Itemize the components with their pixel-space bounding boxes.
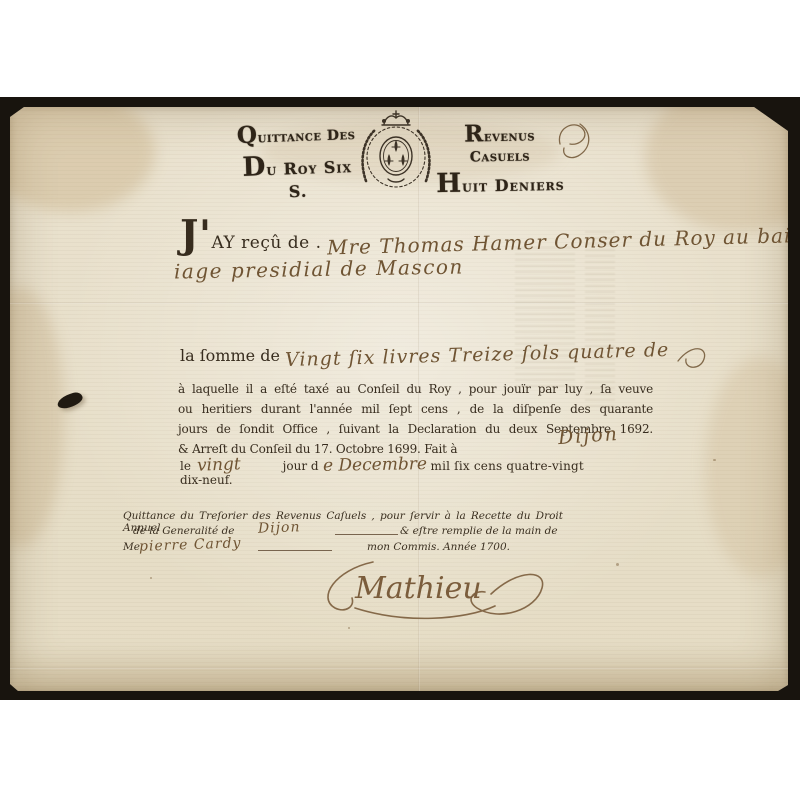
paper-speck (713, 459, 716, 461)
stamp-left-line1: Quittance Des (235, 118, 358, 151)
footer-line3-handwritten: pierre Cardy (139, 535, 242, 555)
stamp-left-text: Quittance Des Du Roy Six S. (235, 118, 360, 204)
year-printed-text-2: dix-neuf. (180, 473, 233, 487)
place-handwritten-text: Dijon (557, 423, 619, 449)
paper-stain (0, 287, 65, 547)
scanned-receipt-image: Quittance Des Du Roy Six S. (0, 0, 800, 800)
sum-line: la ſomme de Vingt ſix livres Treize ſols… (180, 339, 714, 369)
aged-paper-document: Quittance Des Du Roy Six S. (10, 107, 788, 691)
footer-block: Quittance du Treſorier des Revenus Caſue… (123, 510, 575, 534)
opening-handwritten-text: Mre Thomas Hamer Conser du Roy au baille (326, 223, 800, 260)
month-handwritten-text: e Decembre (322, 454, 426, 476)
footer-dash-stroke (335, 534, 398, 535)
date-line: levingtjour de Decembremil ſix cens quat… (180, 455, 650, 475)
handwriting-swash-icon (674, 339, 714, 369)
stamp-right-line1: Revenus Casuels (433, 119, 566, 168)
opening-handwritten-line2: iage presidial de Mascon (174, 254, 464, 283)
stamp-right-line2: Huit Deniers (434, 165, 567, 200)
footer-line2-handwritten: Dijon (258, 519, 301, 536)
paper-stain (10, 647, 788, 697)
signature: Mathieu (295, 550, 575, 630)
paper-speck (150, 577, 152, 579)
paper-stain (705, 357, 800, 577)
paraph-flourish-icon (552, 116, 598, 160)
footer-line2-right: & eſtre remplie de la main de (400, 525, 558, 537)
sum-handwritten-text: Vingt ſix livres Treize ſols quatre de (285, 339, 670, 371)
paper-stain (0, 92, 155, 212)
paragraph-line: ou heritiers durant l'année mil ſept cen… (178, 399, 653, 419)
month-label: jour d (283, 459, 319, 473)
horizontal-fold-crease (10, 302, 788, 304)
signature-name: Mathieu (354, 571, 482, 606)
horizontal-fold-crease (10, 667, 788, 669)
day-label: le (180, 459, 191, 473)
engraved-header-stamp: Quittance Des Du Roy Six S. (230, 112, 600, 192)
opening-printed-text: J'AY reçû de . (180, 212, 322, 258)
paper-speck (616, 563, 619, 566)
paper-stain (645, 82, 800, 232)
year-printed-text: mil ſix cens quatre-vingt (431, 459, 584, 473)
royal-coat-of-arms-icon (358, 109, 434, 193)
stamp-left-line2: Du Roy Six S. (236, 147, 360, 204)
paragraph-line: à laquelle il a eſté taxé au Conſeil du … (178, 379, 653, 399)
ink-blot (56, 391, 85, 411)
photo-black-background: Quittance Des Du Roy Six S. (0, 97, 800, 700)
footer-line3-left: Me (123, 541, 140, 553)
stamp-right-text: Revenus Casuels Huit Deniers (433, 119, 566, 201)
sum-label: la ſomme de (180, 346, 280, 365)
